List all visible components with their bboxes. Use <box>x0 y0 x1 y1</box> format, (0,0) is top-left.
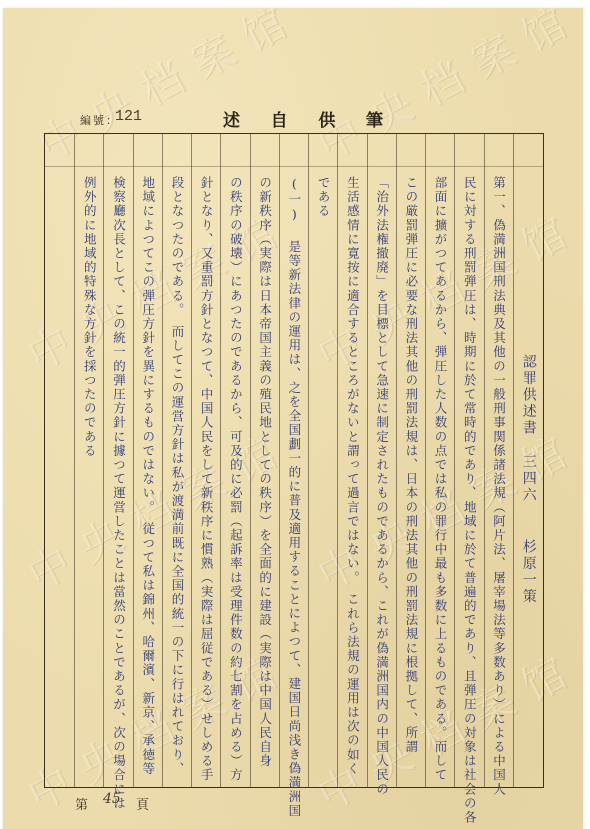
page-number: 45 <box>103 791 121 807</box>
column-rule <box>337 134 338 787</box>
column-rule <box>279 134 280 787</box>
text-column: この厳罰弾圧に必要な刑法其他の刑罰法規は、日本の刑法其他の刑罰法規に根拠して、所… <box>401 176 421 754</box>
document-number: 三四六 <box>519 454 539 504</box>
column-rule <box>425 134 426 787</box>
form-title-char: 供 <box>318 106 335 131</box>
column-rule <box>191 134 192 787</box>
form-title-char: 筆 <box>366 106 383 131</box>
text-column: 段となつたのである。 而してこの運営方針は私が渡満前既に全国的統一の下に行はれて… <box>167 176 187 776</box>
column-rule <box>308 134 309 787</box>
column-rule <box>74 134 75 787</box>
column-rule <box>162 134 163 787</box>
page-label-suffix: 頁 <box>136 794 149 813</box>
text-column: の新秩序（実際は日本帝国主義の殖民地としての秩序）を全面的に建設（実際は中国人民… <box>255 176 275 768</box>
column-rule <box>220 134 221 787</box>
column-rule <box>454 134 455 787</box>
column-rule <box>484 134 485 787</box>
text-column: (一) 是等新法律の運用は、之を全国劃一的に普及適用することによつて、建国日尚浅… <box>284 176 304 818</box>
document-title: 認罪供述書 <box>519 354 539 437</box>
text-column: 民に対する刑罰弾圧は、時期に於て常時的であり、地域に於て普遍的であり、且弾圧の対… <box>459 176 479 825</box>
column-rule <box>250 134 251 787</box>
column-rule <box>103 134 104 787</box>
form-title-char: 述 <box>223 106 240 131</box>
text-column: の秩序の破壊）にあつたのであるから、可及的に必罰（起訴率は受理件数の約七割を占め… <box>225 176 245 782</box>
page-footer: 第 45 頁 <box>63 791 263 811</box>
document-sheet: 中央档案馆 中央档案馆 中央档案馆 中央档案馆 中央档案馆 中央档案馆 中央档案… <box>3 8 583 829</box>
text-column: 地域によつてこの弾圧方針を異にするものではない。 従つて私は錦州、哈爾濱、新京、… <box>138 176 158 776</box>
grid-header-rule <box>45 134 543 167</box>
serial-label: 編號： <box>80 112 119 128</box>
form-title: 筆 供 自 述 <box>223 106 383 131</box>
serial-number: 121 <box>115 108 142 125</box>
text-column: 針となり、又重罰方針となつて、中国人民をして新秩序に慣熟（実際は屈従である）せし… <box>196 176 216 782</box>
column-rule <box>367 134 368 787</box>
manuscript-grid: 認罪供述書三四六杉原一策第一、偽満洲国刑法典及其他の一般刑事関係諸法規（阿片法、… <box>44 133 544 788</box>
author-name: 杉原一策 <box>519 539 539 605</box>
text-column: 「治外法権撤廃」を目標として急速に制定されたものであるから、これが偽満洲国内の中… <box>372 176 392 796</box>
text-column: である <box>313 176 333 218</box>
form-title-char: 自 <box>271 106 288 131</box>
text-column: 検察廳次長として、この統一的弾圧方針に據つて運営したことは當然のことであるが、次… <box>108 176 128 811</box>
text-column: 生活感情に寛按に適合するところがないと謂って過言ではない。 これら法規の運用は次… <box>342 176 362 776</box>
column-rule <box>513 134 514 787</box>
text-column: 第一、偽満洲国刑法典及其他の一般刑事関係諸法規（阿片法、屠宰場法等多数あり）によ… <box>489 176 509 796</box>
text-column: 例外的に地域的特殊な方針を採つたのである <box>79 176 99 458</box>
column-rule <box>396 134 397 787</box>
page-label-prefix: 第 <box>75 794 88 813</box>
form-header: 編號： 121 筆 供 自 述 <box>63 104 533 132</box>
text-column: 部面に擴がつてあるから、弾圧した人数の点では私の罪行中最も多数に上るものである。… <box>430 176 450 782</box>
column-rule <box>133 134 134 787</box>
